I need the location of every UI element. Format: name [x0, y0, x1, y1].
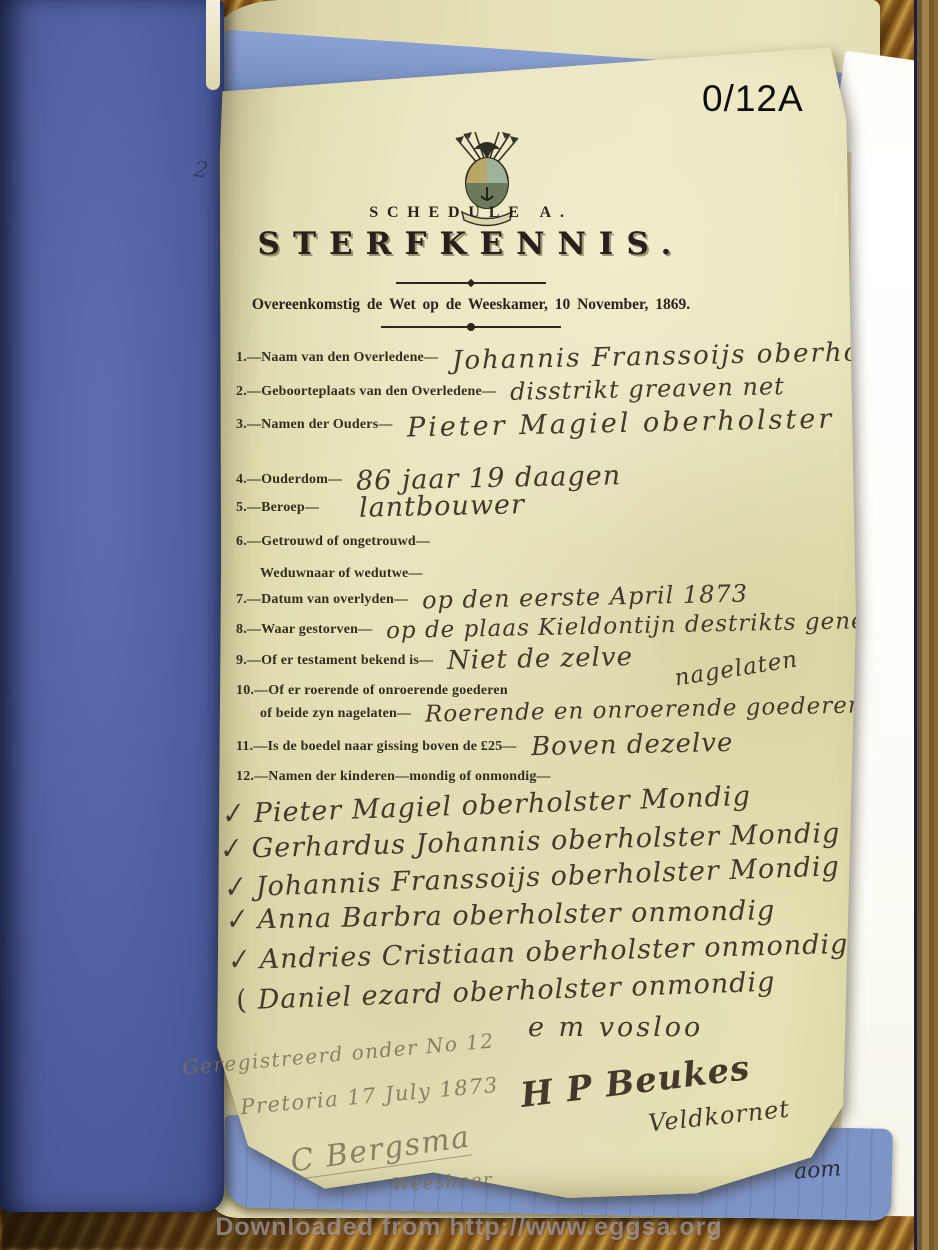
form-row: 6.—Getrouwd of ongetrouwd—	[236, 534, 430, 550]
form-label: 8.—Waar gestorven—	[236, 622, 372, 638]
eggsa-watermark: Downloaded from http://www.eggsa.org	[215, 1213, 722, 1242]
tick-mark: ✓	[219, 870, 249, 906]
form-row: 3.—Namen der Ouders— Pieter Magiel oberh…	[236, 417, 834, 437]
document-title: STERFKENNIS.	[236, 226, 706, 262]
form-label: 3.—Namen der Ouders—	[236, 417, 393, 433]
form-answer: Boven dezelve	[530, 730, 733, 760]
form-row: 9.—Of er testament bekend is— Niet de ze…	[236, 653, 633, 672]
form-row: Weduwnaar of wedutwe—	[260, 566, 423, 582]
form-label: 4.—Ouderdom—	[236, 472, 342, 488]
form-answer: disstrikt greaven net	[510, 374, 785, 404]
form-row: of beide zyn nagelaten— Roerende en onro…	[260, 706, 864, 722]
form-row: 1.—Naam van den Overledene— Johannis Fra…	[236, 350, 931, 369]
form-row: 2.—Geboorteplaats van den Overledene— di…	[236, 384, 785, 401]
child-entry: (Daniel ezard oberholster onmondig	[236, 967, 776, 1017]
form-answer: Roerende en onroerende goederen	[425, 694, 864, 726]
form-answer: lantbouwer	[359, 491, 525, 521]
form-row: 7.—Datum van overlyden— op den eerste Ap…	[236, 592, 748, 609]
form-label: 9.—Of er testament bekend is—	[236, 653, 433, 669]
form-label: 11.—Is de boedel naar gissing boven de £…	[236, 739, 517, 755]
marginal-note: nagelaten	[673, 646, 800, 691]
form-row: 8.—Waar gestorven— op de plaas Kieldonti…	[236, 622, 879, 638]
blue-book-cover	[0, 0, 224, 1212]
tick-mark: ✓	[215, 832, 245, 868]
child-entry: ✓Anna Barbra oberholster onmondig	[224, 895, 776, 936]
form-label: 7.—Datum van overlyden—	[236, 592, 408, 608]
form-label: Weduwnaar of wedutwe—	[260, 566, 423, 582]
tick-mark: (	[233, 984, 252, 1017]
archive-reference-label: 0/12A	[702, 78, 804, 120]
form-answer: op den eerste April 1873	[422, 582, 748, 613]
tick-mark: ✓	[217, 796, 247, 832]
form-label: 1.—Naam van den Overledene—	[236, 350, 438, 366]
form-answer: Niet de zelve	[447, 644, 633, 674]
child-name: Anna Barbra oberholster onmondig	[257, 895, 775, 935]
form-row: 5.—Beroep— lantbouwer	[236, 500, 525, 520]
form-label: 5.—Beroep—	[236, 500, 319, 516]
tick-mark: ✓	[223, 943, 253, 979]
form-label: of beide zyn nagelaten—	[260, 706, 411, 722]
form-row: 12.—Namen der kinderen—mondig of onmondi…	[236, 769, 551, 785]
ornament-divider	[396, 278, 546, 287]
witness-signature: e m vosloo	[528, 1012, 703, 1043]
photo-of-death-notice: SCHEDULE A. STERFKENNIS. Overeenkomstig …	[0, 0, 938, 1250]
form-label: 6.—Getrouwd of ongetrouwd—	[236, 534, 430, 550]
ornament-divider	[381, 322, 561, 331]
form-row: 10.—Of er roerende of onroerende goedere…	[236, 683, 508, 699]
form-row: 4.—Ouderdom— 86 jaar 19 daagen	[236, 472, 621, 492]
form-label: 12.—Namen der kinderen—mondig of onmondi…	[236, 769, 551, 785]
tick-mark: ✓	[221, 902, 251, 938]
form-label: 2.—Geboorteplaats van den Overledene—	[236, 384, 496, 400]
blue-paper-note: aom	[793, 1156, 842, 1184]
schedule-label: SCHEDULE A.	[236, 204, 706, 222]
law-line: Overeenkomstig de Wet op de Weeskamer, 1…	[236, 296, 706, 314]
form-answer: Pieter Magiel oberholster	[406, 406, 834, 442]
form-row: 11.—Is de boedel naar gissing boven de £…	[236, 739, 733, 758]
book-edge-right	[914, 0, 938, 1250]
child-name: Daniel ezard oberholster onmondig	[257, 967, 776, 1016]
form-label: 10.—Of er roerende of onroerende goedere…	[236, 683, 508, 699]
form-answer: op de plaas Kieldontijn destrikts genes	[386, 610, 879, 643]
